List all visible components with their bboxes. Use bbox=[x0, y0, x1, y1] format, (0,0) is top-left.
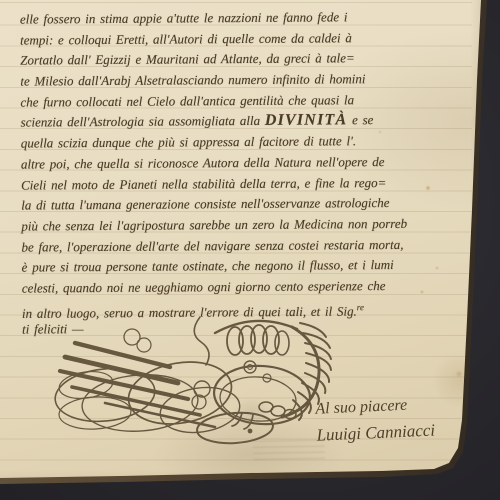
manuscript-photo: elle fossero in stima appie a'tutte le n… bbox=[0, 0, 500, 500]
manuscript-text-block: elle fossero in stima appie a'tutte le n… bbox=[20, 6, 474, 340]
calligraphic-flourish bbox=[50, 315, 340, 450]
line-text: scienzia dell'Astrologia sia assomigliat… bbox=[21, 113, 265, 130]
superscript-re: re bbox=[357, 302, 364, 312]
divinita-word: DIVINITÀ bbox=[265, 112, 348, 130]
manuscript-paper: elle fossero in stima appie a'tutte le n… bbox=[0, 0, 500, 500]
line-text: e se bbox=[347, 113, 373, 128]
embossed-stamp bbox=[253, 439, 325, 464]
